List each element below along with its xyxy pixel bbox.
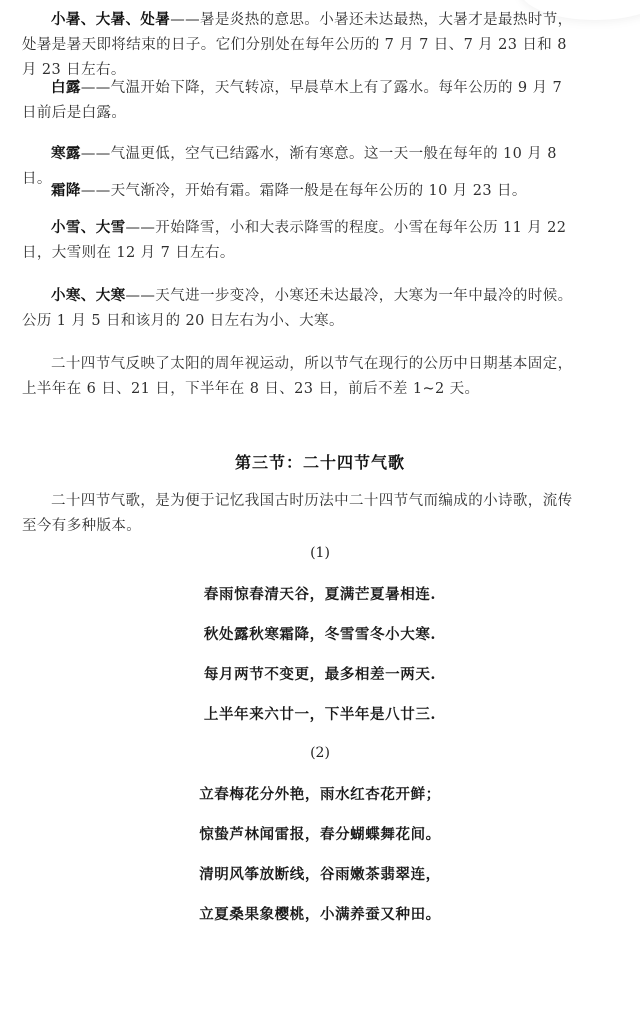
section-intro: 二十四节气歌，是为便于记忆我国古时历法中二十四节气而编成的小诗歌，流传至今有多种… [22,489,580,539]
verse-line: 上半年来六廿一，下半年是八廿三. [0,703,640,724]
term-label: 小暑、大暑、处暑 [51,11,170,28]
paragraph-cold: 小寒、大寒——天气进一步变冷，小寒还未达最冷，大寒为一年中最冷的时候。公历 1 … [22,283,580,334]
paragraph-summer-heat: 小暑、大暑、处暑——暑是炎热的意思。小暑还未达最热，大暑才是最热时节，处暑是暑天… [22,7,580,83]
verse-line: 立春梅花分外艳，雨水红杏花开鲜； [0,783,640,804]
verse-line: 每月两节不变更，最多相差一两天. [0,663,640,684]
paragraph-text: ——气温开始下降，天气转凉，早晨草木上有了露水。每年公历的 9 月 7 日前后是… [22,80,562,121]
paragraph-text: ——天气渐冷，开始有霜。霜降一般是在每年公历的 10 月 23 日。 [81,183,527,199]
verse-line: 春雨惊春清天谷，夏满芒夏暑相连. [0,583,640,604]
verse-line: 清明风筝放断线，谷雨嫩茶翡翠连， [0,863,640,884]
term-label: 小雪、大雪 [51,219,126,236]
verse-line: 惊蛰芦林闻雷报，春分蝴蝶舞花间。 [0,823,640,844]
verse-line: 立夏桑果象樱桃，小满养蚕又种田。 [0,903,640,924]
term-label: 寒露 [51,145,81,162]
verse-label-2: (2) [0,745,640,761]
paragraph-text: 二十四节气反映了太阳的周年视运动，所以节气在现行的公历中日期基本固定，上半年在 … [22,356,573,397]
term-label: 小寒、大寒 [51,287,126,304]
term-label: 白露 [51,79,81,96]
verse-label-1: (1) [0,545,640,561]
paragraph-white-dew: 白露——气温开始下降，天气转凉，早晨草木上有了露水。每年公历的 9 月 7 日前… [22,75,580,126]
paragraph-snow: 小雪、大雪——开始降雪，小和大表示降雪的程度。小雪在每年公历 11 月 22 日… [22,215,580,266]
document-page: 小暑、大暑、处暑——暑是炎热的意思。小暑还未达最热，大暑才是最热时节，处暑是暑天… [0,0,640,1027]
paragraph-frost-descent: 霜降——天气渐冷，开始有霜。霜降一般是在每年公历的 10 月 23 日。 [22,178,580,204]
section-title: 第三节：二十四节气歌 [0,450,640,473]
paragraph-solar-summary: 二十四节气反映了太阳的周年视运动，所以节气在现行的公历中日期基本固定，上半年在 … [22,352,580,402]
term-label: 霜降 [51,182,81,199]
verse-line: 秋处露秋寒霜降，冬雪雪冬小大寒. [0,623,640,644]
